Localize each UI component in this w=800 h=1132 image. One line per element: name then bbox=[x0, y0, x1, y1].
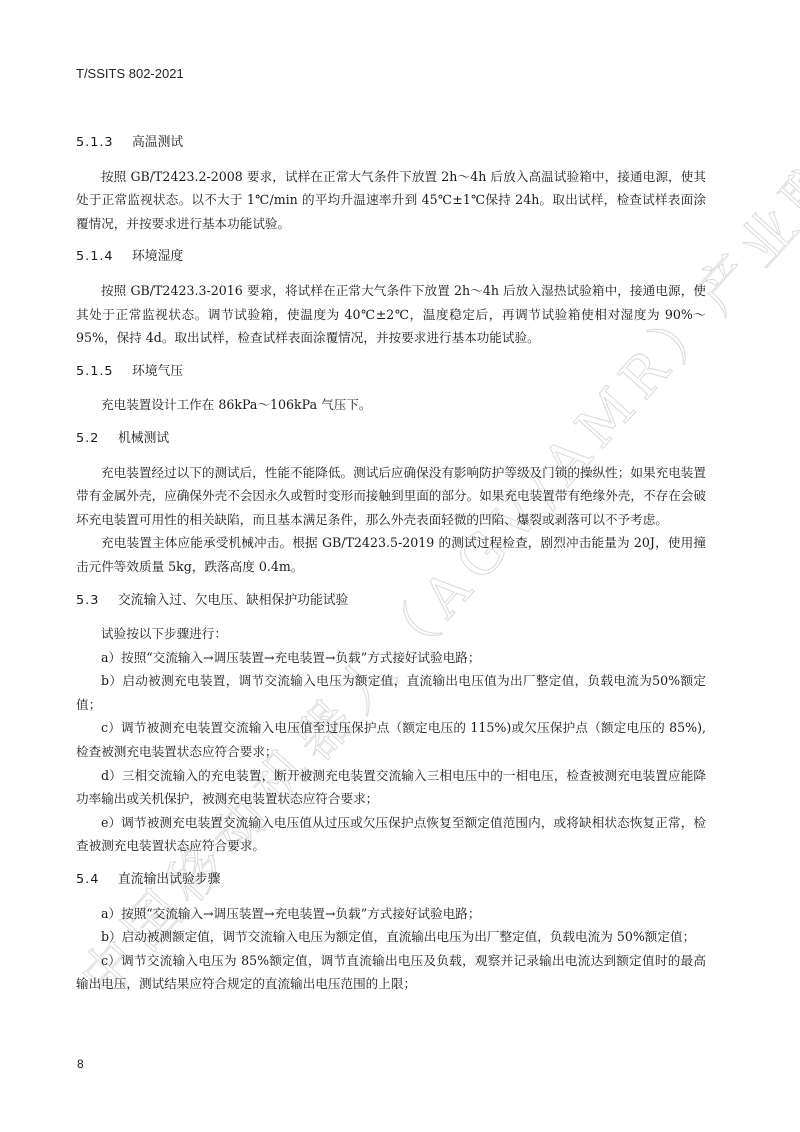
list-item: b）启动被测额定值，调节交流输入电压为额定值，直流输出电压为出厂整定值，负载电流… bbox=[76, 925, 706, 949]
section-number: 5.1.5 bbox=[76, 360, 132, 384]
heading-5-3: 5.3交流输入过、欠电压、缺相保护功能试验 bbox=[76, 589, 706, 613]
list-item: e）调节被测充电装置交流输入电压值从过压或欠压保护点恢复至额定值范围内，或将缺相… bbox=[76, 811, 706, 858]
doc-code-header: T/SSITS 802-2021 bbox=[76, 66, 184, 81]
document-page: 中国移动机器人（AGV/AMR）产业联盟 T/SSITS 802-2021 5.… bbox=[0, 0, 800, 1132]
heading-5-1-3: 5.1.3高温测试 bbox=[76, 131, 706, 155]
paragraph: 充电装置主体应能承受机械冲击。根据 GB/T2423.5-2019 的测试过程检… bbox=[76, 531, 706, 578]
paragraph-intro: 试验按以下步骤进行： bbox=[76, 622, 706, 646]
heading-5-1-4: 5.1.4环境湿度 bbox=[76, 245, 706, 269]
section-title: 交流输入过、欠电压、缺相保护功能试验 bbox=[118, 593, 348, 608]
list-item: c）调节被测充电装置交流输入电压值至过压保护点（额定电压的 115%)或欠压保护… bbox=[76, 716, 706, 763]
section-number: 5.1.3 bbox=[76, 131, 132, 155]
heading-5-1-5: 5.1.5环境气压 bbox=[76, 360, 706, 384]
list-item: b）启动被测充电装置，调节交流输入电压为额定值，直流输出电压值为出厂整定值，负载… bbox=[76, 669, 706, 716]
section-number: 5.1.4 bbox=[76, 245, 132, 269]
section-number: 5.2 bbox=[76, 427, 118, 451]
document-body: 5.1.3高温测试 按照 GB/T2423.2-2008 要求，试样在正常大气条… bbox=[76, 131, 706, 996]
paragraph: 充电装置设计工作在 86kPa～106kPa 气压下。 bbox=[76, 393, 706, 417]
section-title: 环境湿度 bbox=[132, 249, 183, 264]
section-title: 直流输出试验步骤 bbox=[118, 872, 220, 887]
list-item: a）按照“交流输入→调压装置→充电装置→负载”方式接好试验电路； bbox=[76, 646, 706, 670]
paragraph: 充电装置经过以下的测试后，性能不能降低。测试后应确保没有影响防护等级及门锁的操纵… bbox=[76, 461, 706, 532]
page-number: 8 bbox=[77, 1057, 84, 1071]
paragraph: 按照 GB/T2423.2-2008 要求，试样在正常大气条件下放置 2h～4h… bbox=[76, 165, 706, 236]
heading-5-4: 5.4直流输出试验步骤 bbox=[76, 868, 706, 892]
section-number: 5.4 bbox=[76, 868, 118, 892]
list-item: a）按照“交流输入→调压装置→充电装置→负载”方式接好试验电路； bbox=[76, 902, 706, 926]
section-title: 机械测试 bbox=[118, 431, 169, 446]
section-number: 5.3 bbox=[76, 589, 118, 613]
paragraph: 按照 GB/T2423.3-2016 要求，将试样在正常大气条件下放置 2h～4… bbox=[76, 279, 706, 350]
list-item: d）三相交流输入的充电装置，断开被测充电装置交流输入三相电压中的一相电压，检查被… bbox=[76, 764, 706, 811]
list-item: c）调节交流输入电压为 85%额定值，调节直流输出电压及负载，观察并记录输出电流… bbox=[76, 949, 706, 996]
section-title: 环境气压 bbox=[132, 364, 183, 379]
section-title: 高温测试 bbox=[132, 135, 183, 150]
heading-5-2: 5.2机械测试 bbox=[76, 427, 706, 451]
